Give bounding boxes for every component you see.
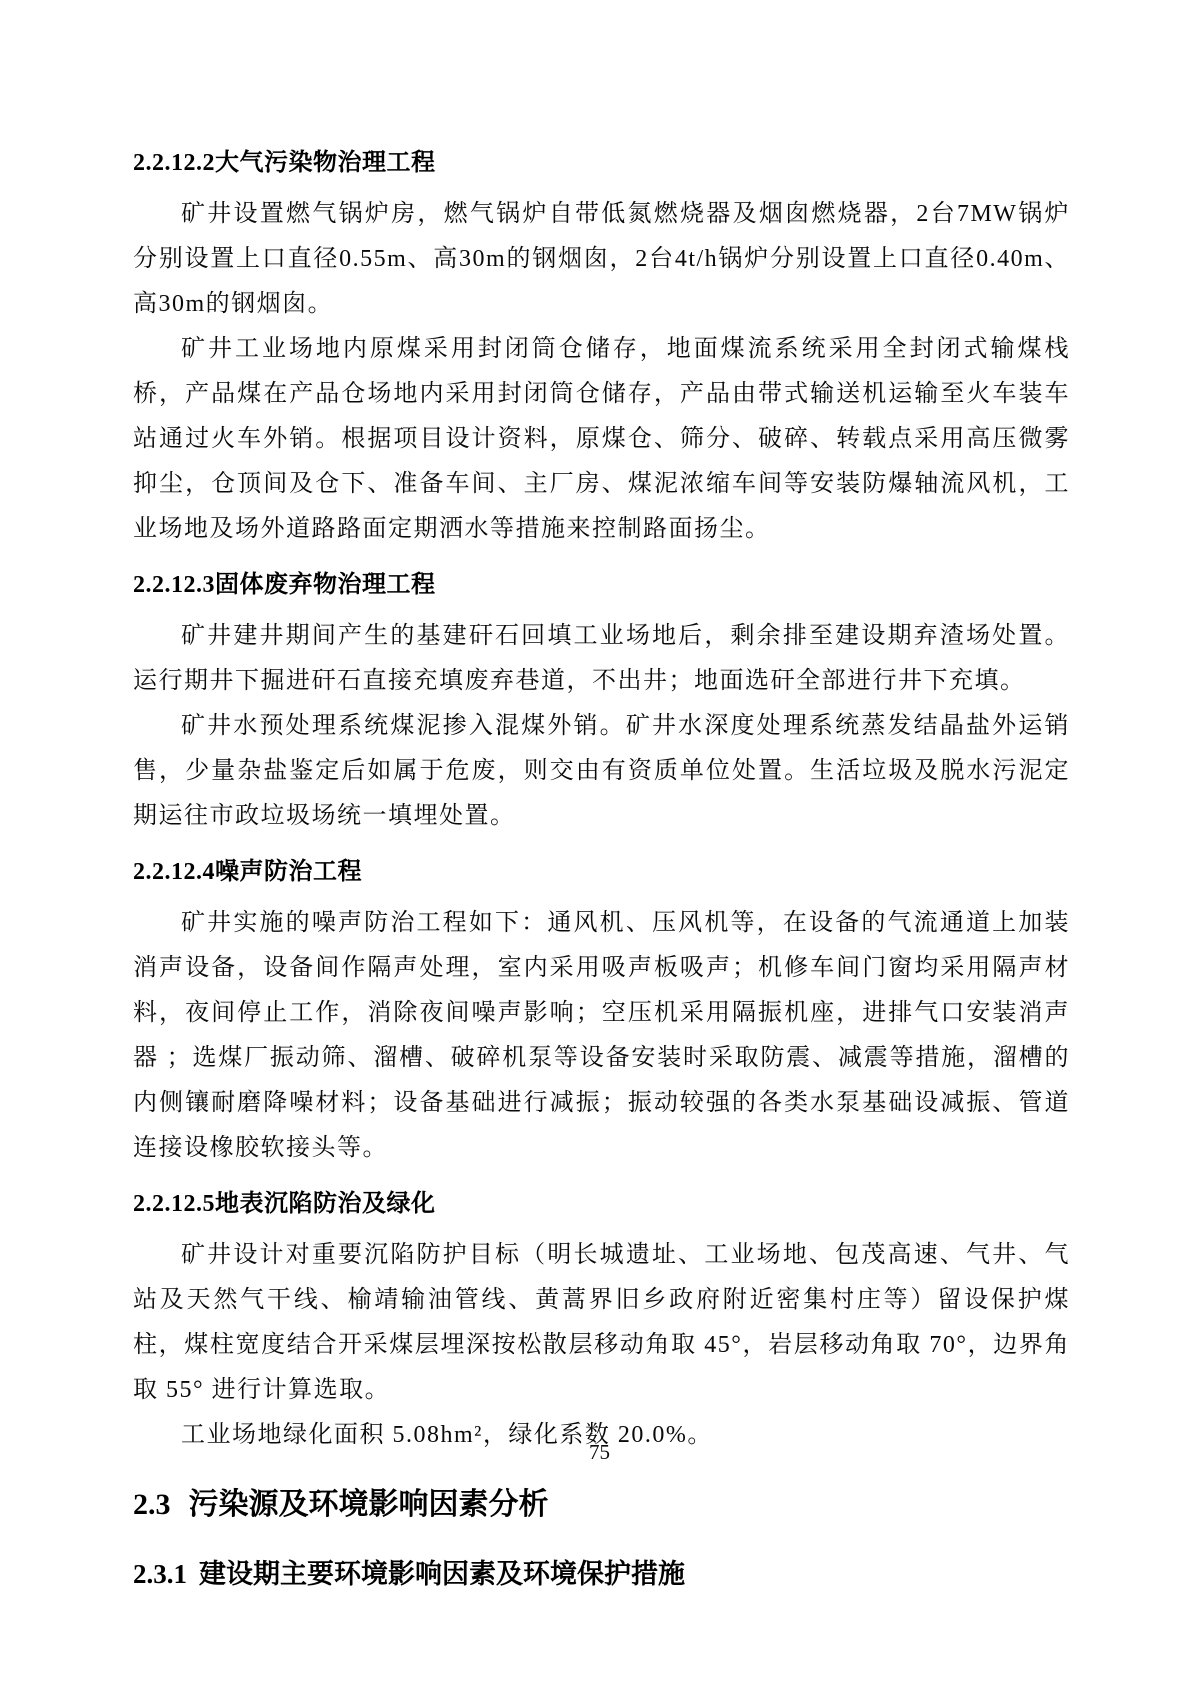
heading-title: 污染源及环境影响因素分析 [189,1488,549,1521]
heading-number: 2.3.1 [133,1559,187,1589]
paragraph: 矿井设计对重要沉陷防护目标（明长城遗址、工业场地、包茂高速、气井、气站及天然气干… [133,1233,1070,1413]
heading-title: 建设期主要环境影响因素及环境保护措施 [199,1559,685,1589]
heading-subsidence-greening: 2.2.12.5地表沉陷防治及绿化 [133,1181,1070,1227]
document-page: 2.2.12.2大气污染物治理工程 矿井设置燃气锅炉房，燃气锅炉自带低氮燃烧器及… [133,130,1070,1606]
page-number: 75 [0,1440,1199,1465]
heading-number: 2.3 [133,1488,171,1521]
heading-noise-control-works: 2.2.12.4噪声防治工程 [133,849,1070,895]
heading-title: 地表沉陷防治及绿化 [215,1190,436,1217]
heading-title: 大气污染物治理工程 [215,149,436,176]
heading-title: 固体废弃物治理工程 [215,571,436,598]
paragraph: 矿井水预处理系统煤泥掺入混煤外销。矿井水深度处理系统蒸发结晶盐外运销售，少量杂盐… [133,704,1070,839]
heading-number: 2.2.12.3 [133,572,215,598]
paragraph: 矿井设置燃气锅炉房，燃气锅炉自带低氮燃烧器及烟囱燃烧器，2台7MW锅炉分别设置上… [133,192,1070,327]
heading-number: 2.2.12.2 [133,150,215,176]
paragraph: 矿井建井期间产生的基建矸石回填工业场地后，剩余排至建设期弃渣场处置。运行期井下掘… [133,614,1070,704]
heading-title: 噪声防治工程 [215,858,362,885]
paragraph: 矿井实施的噪声防治工程如下：通风机、压风机等，在设备的气流通道上加装消声设备，设… [133,901,1070,1171]
heading-number: 2.2.12.5 [133,1191,215,1217]
heading-pollution-source-analysis: 2.3污染源及环境影响因素分析 [133,1480,1070,1530]
heading-construction-period-factors: 2.3.1建设期主要环境影响因素及环境保护措施 [133,1550,1070,1598]
heading-solid-waste-works: 2.2.12.3固体废弃物治理工程 [133,562,1070,608]
heading-number: 2.2.12.4 [133,859,215,885]
paragraph: 矿井工业场地内原煤采用封闭筒仓储存，地面煤流系统采用全封闭式输煤栈桥，产品煤在产… [133,327,1070,552]
heading-air-pollution-works: 2.2.12.2大气污染物治理工程 [133,140,1070,186]
